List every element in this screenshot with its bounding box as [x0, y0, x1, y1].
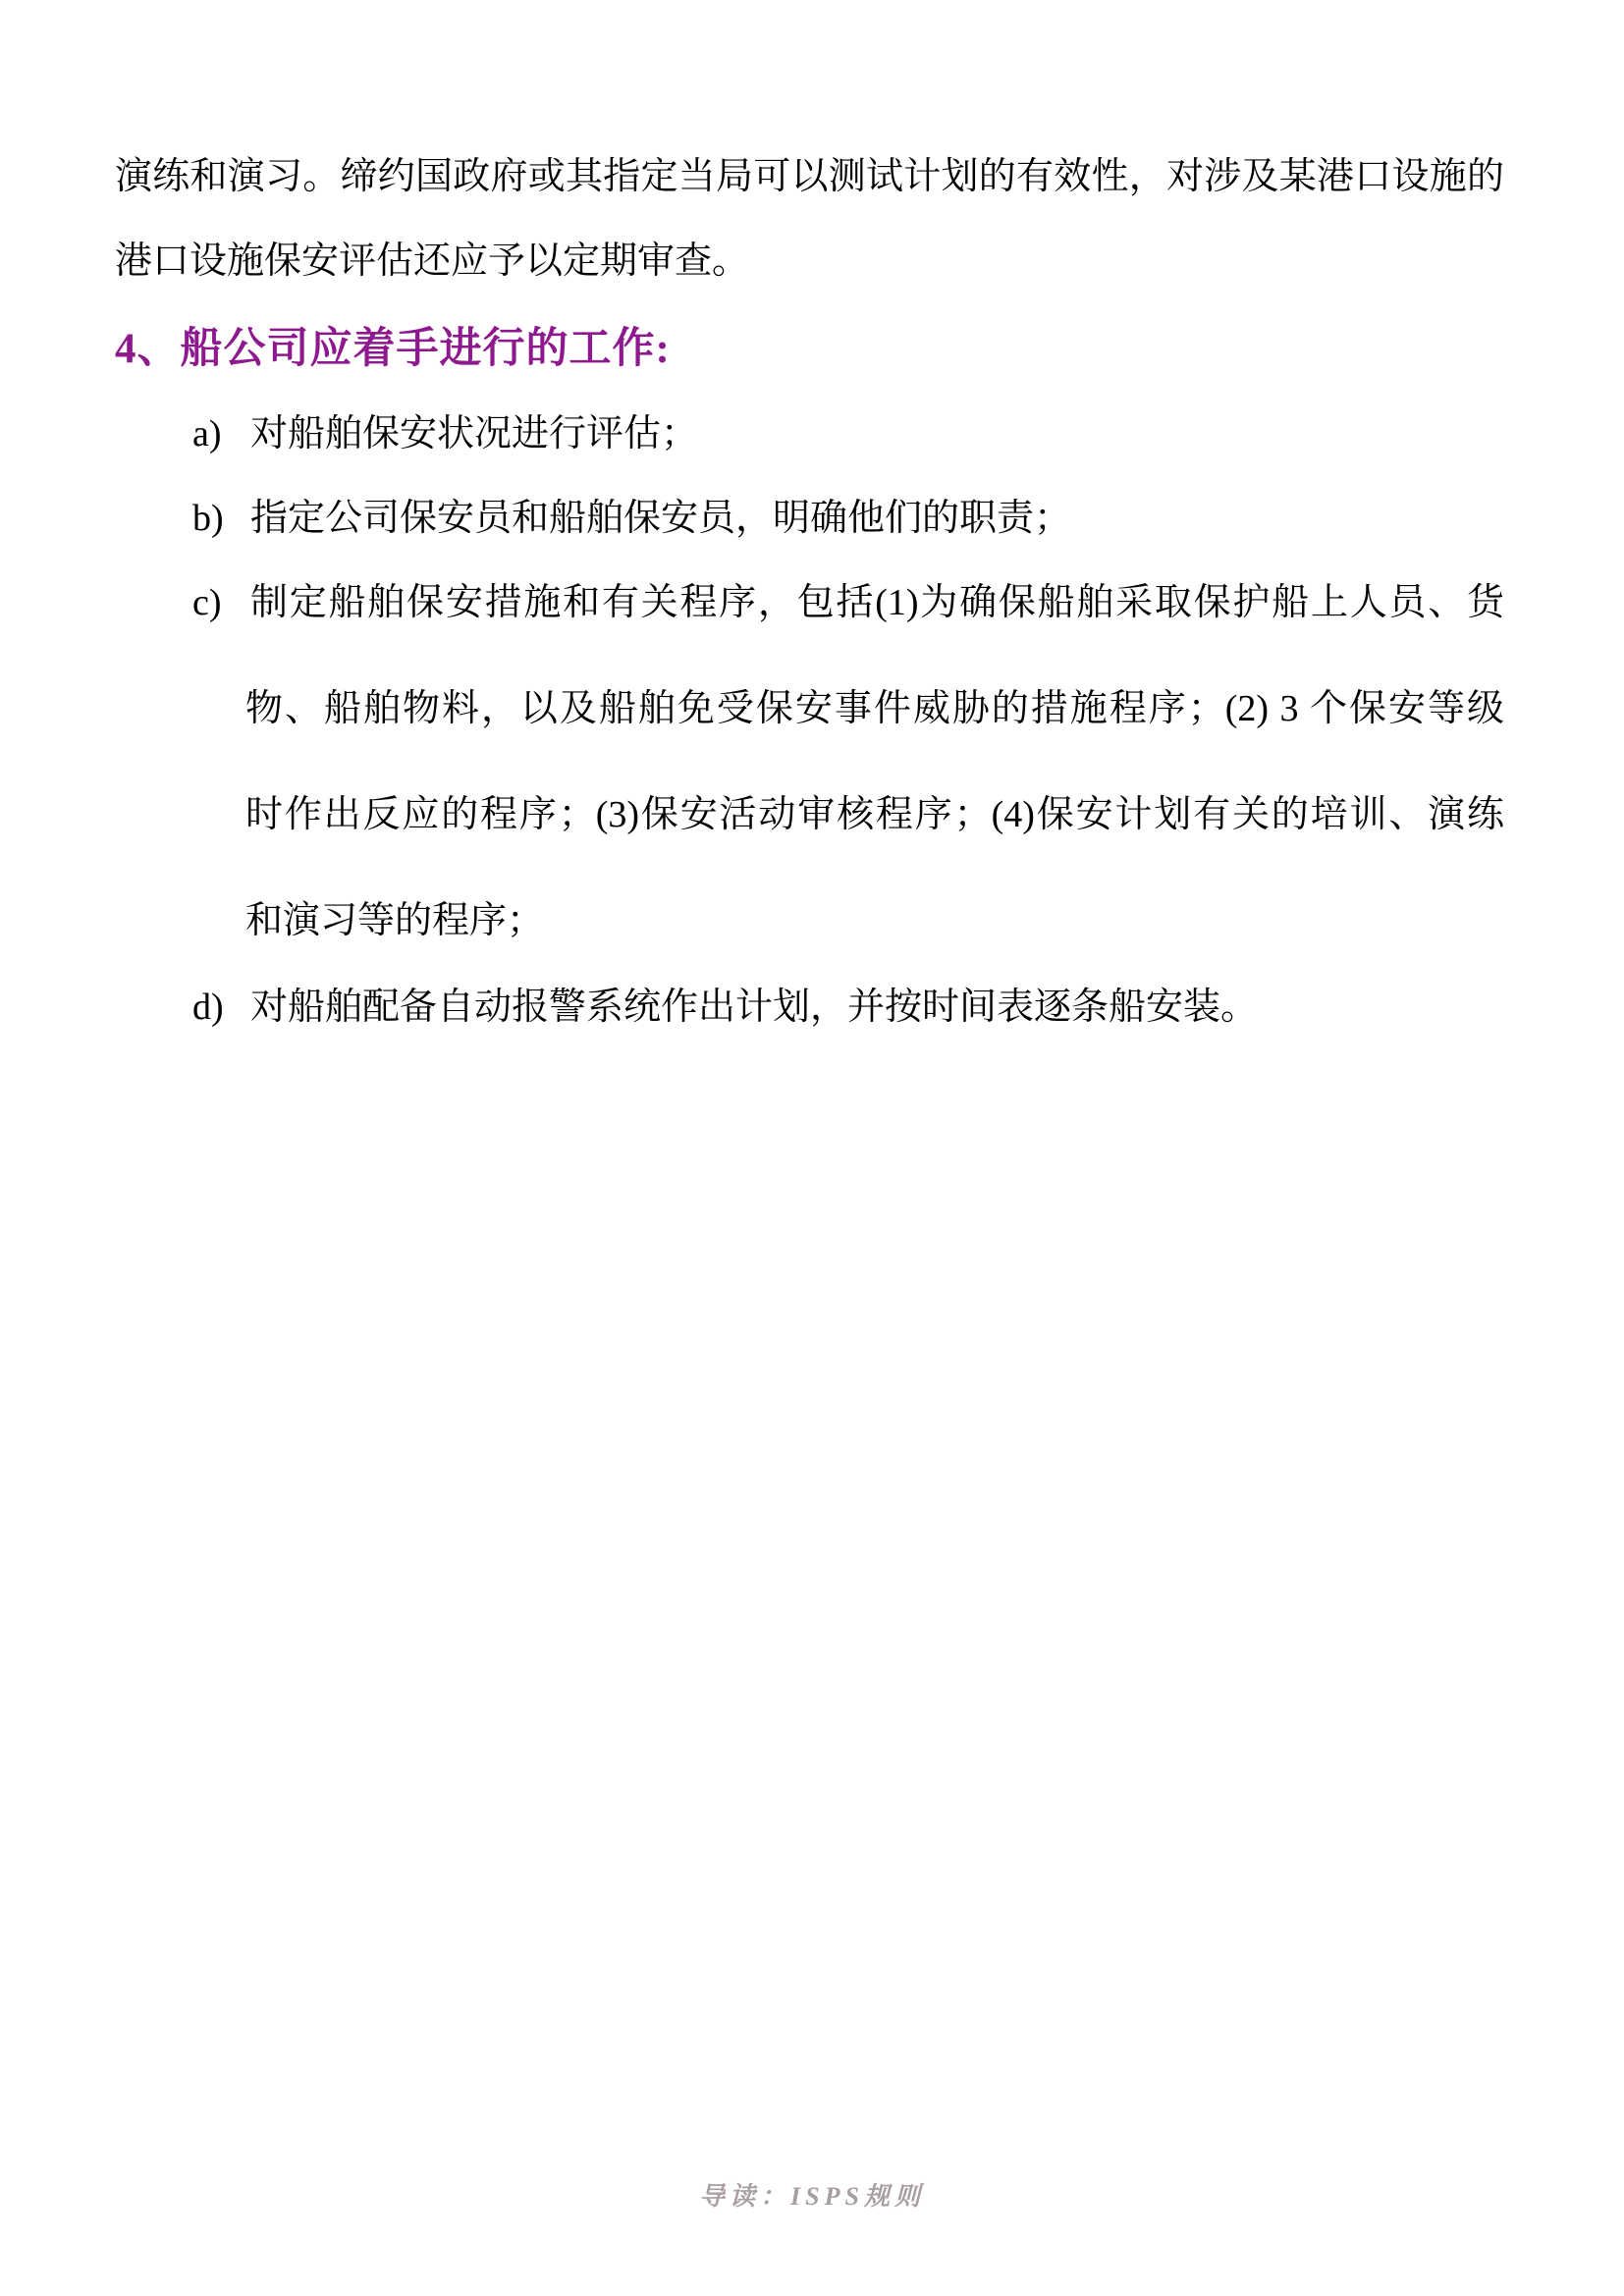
section-heading: 4、船公司应着手进行的工作:	[115, 322, 671, 377]
list-item-c-line-3: 时作出反应的程序；(3)保安活动审核程序；(4)保安计划有关的培训、演练	[245, 790, 1504, 839]
document-page: 演练和演习。缔约国政府或其指定当局可以测试计划的有效性，对涉及某港口设施的 港口…	[0, 0, 1624, 2296]
list-item-c-line-1: 制定船舶保安措施和有关程序，包括(1)为确保船舶采取保护船上人员、货	[250, 578, 1504, 627]
page-footer-caption: 导读：ISPS规则	[0, 2175, 1624, 2218]
list-item-a-marker: a)	[192, 409, 242, 458]
list-item-c-line-2: 物、船舶物料，以及船舶免受保安事件威胁的措施程序；(2) 3 个保安等级	[245, 684, 1504, 733]
list-item-c-line-4: 和演习等的程序；	[245, 896, 1504, 945]
intro-paragraph-line-1: 演练和演习。缔约国政府或其指定当局可以测试计划的有效性，对涉及某港口设施的	[115, 152, 1504, 201]
list-item-d-text: 对船舶配备自动报警系统作出计划，并按时间表逐条船安装。	[250, 983, 1504, 1032]
list-item-a-text: 对船舶保安状况进行评估；	[250, 409, 1504, 458]
list-item-c-marker: c)	[192, 578, 242, 627]
list-item-b-marker: b)	[192, 494, 242, 543]
list-item-d-marker: d)	[192, 983, 242, 1032]
list-item-b-text: 指定公司保安员和船舶保安员，明确他们的职责；	[250, 494, 1504, 543]
intro-paragraph-line-2: 港口设施保安评估还应予以定期审查。	[115, 237, 1504, 286]
